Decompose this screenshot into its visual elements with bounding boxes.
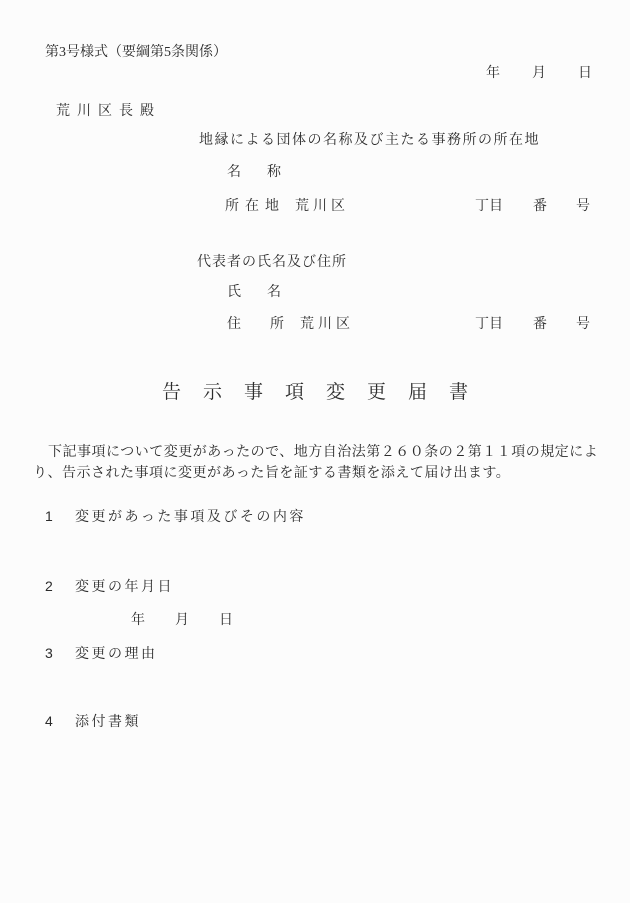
- item-number: 2: [45, 576, 53, 596]
- rep-ban-label: 番: [533, 313, 547, 333]
- org-name-label-2: 称: [267, 161, 281, 181]
- change-date-day-label: 日: [219, 609, 233, 629]
- item-row-1: 1 変更があった事項及びその内容: [0, 506, 630, 526]
- rep-address-city: 荒川区: [300, 313, 354, 333]
- org-address-row: 所在地 荒川区 丁目 番 号: [0, 195, 630, 215]
- org-address-city: 荒川区: [295, 195, 349, 215]
- rep-info-heading: 代表者の氏名及び住所: [197, 251, 347, 271]
- date-month-label: 月: [532, 62, 546, 82]
- change-date-month-label: 月: [175, 609, 189, 629]
- date-day-label: 日: [578, 62, 592, 82]
- item-number: 3: [45, 643, 53, 663]
- date-line: 年 月 日: [0, 62, 630, 82]
- rep-name-row: 氏 名: [0, 281, 630, 301]
- change-date-year-label: 年: [131, 609, 145, 629]
- org-go-label: 号: [576, 195, 590, 215]
- item-row-4: 4 添付書類: [0, 711, 630, 731]
- org-address-label: 所在地: [225, 195, 285, 215]
- rep-name-label-1: 氏: [227, 281, 241, 301]
- form-document: 第3号様式（要綱第5条関係） 年 月 日 荒川区長殿 地縁による団体の名称及び主…: [0, 0, 630, 903]
- org-name-label-1: 名: [227, 161, 241, 181]
- org-name-row: 名 称: [0, 161, 630, 181]
- date-year-label: 年: [486, 62, 500, 82]
- rep-name-label-2: 名: [267, 281, 281, 301]
- document-title: 告示事項変更届書: [0, 380, 630, 406]
- org-info-heading: 地縁による団体の名称及び主たる事務所の所在地: [199, 129, 540, 149]
- item-row-3: 3 変更の理由: [0, 643, 630, 663]
- rep-address-label-1: 住: [227, 313, 241, 333]
- rep-address-label-2: 所: [270, 313, 284, 333]
- rep-chome-label: 丁目: [475, 313, 503, 333]
- body-paragraph: 下記事項について変更があったので、地方自治法第２６０条の２第１１項の規定により、…: [33, 441, 605, 483]
- rep-address-row: 住 所 荒川区 丁目 番 号: [0, 313, 630, 333]
- form-number: 第3号様式（要綱第5条関係）: [45, 43, 227, 63]
- item-label: 変更の理由: [75, 643, 158, 663]
- org-ban-label: 番: [533, 195, 547, 215]
- item-number: 1: [45, 506, 53, 526]
- change-date-row: 年 月 日: [0, 609, 630, 629]
- item-label: 添付書類: [75, 711, 141, 731]
- rep-go-label: 号: [576, 313, 590, 333]
- item-row-2: 2 変更の年月日: [0, 576, 630, 596]
- addressee: 荒川区長殿: [56, 100, 161, 120]
- item-label: 変更があった事項及びその内容: [75, 506, 306, 526]
- org-chome-label: 丁目: [475, 195, 503, 215]
- item-label: 変更の年月日: [75, 576, 174, 596]
- item-number: 4: [45, 711, 53, 731]
